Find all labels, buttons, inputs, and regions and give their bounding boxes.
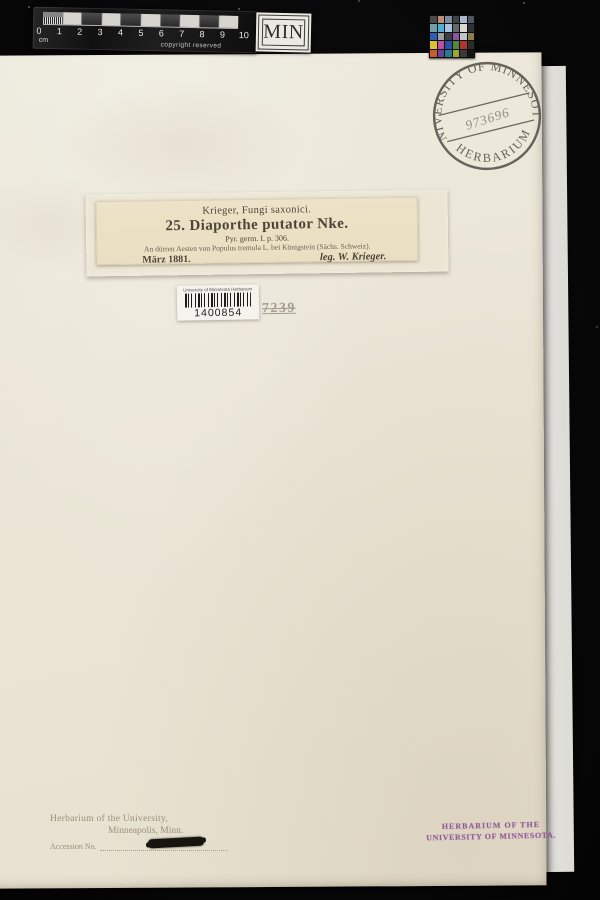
color-chip	[468, 16, 475, 23]
color-chip	[468, 33, 475, 40]
ruler-number: 3	[96, 27, 104, 37]
color-chip	[453, 50, 460, 57]
ruler-unit-label: cm	[39, 37, 48, 44]
ruler-segment	[219, 16, 238, 28]
ruler-segment	[121, 14, 140, 26]
ruler-segment	[82, 13, 101, 25]
ruler-number: 0	[35, 26, 43, 36]
ruler-number: 9	[218, 30, 226, 40]
ruler-number: 8	[198, 29, 206, 39]
barcode-number: 1400854	[177, 306, 259, 319]
color-chip	[453, 16, 460, 23]
color-chip	[468, 24, 475, 31]
ruler-number: 4	[116, 27, 124, 37]
accession-institution-line: Herbarium of the University,	[50, 814, 228, 824]
color-chip	[430, 16, 437, 23]
accession-number-obscured	[147, 837, 203, 849]
color-chip	[460, 24, 467, 31]
ruler-number: 1	[55, 26, 63, 36]
barcode-icon	[185, 292, 251, 307]
ruler-segment	[43, 12, 62, 24]
herbarium-code-label: MIN	[256, 12, 312, 52]
ruler-number: 2	[76, 27, 84, 37]
specimen-label: Krieger, Fungi saxonici. 25. Diaporthe p…	[96, 197, 419, 265]
svg-text:HERBARIUM: HERBARIUM	[451, 123, 539, 173]
label-date: März 1881.	[142, 254, 190, 266]
accession-number-row: Accession No.	[50, 842, 228, 851]
color-chip	[460, 33, 467, 40]
color-chip	[460, 41, 467, 48]
ruler-segment	[180, 15, 199, 27]
color-chip	[438, 50, 445, 57]
color-chip	[438, 41, 445, 48]
color-chip	[468, 41, 475, 48]
color-chip	[453, 33, 460, 40]
color-chip	[438, 24, 445, 31]
accession-city-line: Minneapolis, Minn.	[108, 826, 228, 836]
ruler-number: 5	[137, 28, 145, 38]
color-calibration-chart	[429, 15, 475, 58]
stamp-handwritten-number: 973696	[463, 104, 511, 132]
ruler-copyright-text: copyright reserved	[161, 41, 222, 49]
label-collector: leg. W. Krieger.	[320, 251, 387, 263]
specimen-photograph: 012345678910 cm copyright reserved MIN U…	[0, 0, 600, 900]
ruler-segment	[63, 12, 82, 24]
ruler-segment	[141, 14, 160, 26]
stamp-arc-bottom-text: HERBARIUM	[451, 123, 539, 173]
color-chip	[445, 41, 452, 48]
min-label-inner-frame: MIN	[262, 19, 306, 47]
accession-dotted-line	[100, 842, 228, 851]
scale-ruler: 012345678910 cm copyright reserved	[33, 7, 258, 54]
min-label-outer-frame: MIN	[258, 14, 310, 50]
color-chip	[460, 16, 467, 23]
color-chip	[445, 16, 452, 23]
color-chip	[430, 41, 437, 48]
ruler-number: 6	[157, 28, 165, 38]
color-chip	[445, 50, 452, 57]
color-chip	[445, 33, 452, 40]
accession-number-label: Accession No.	[50, 842, 97, 851]
ruler-segment	[102, 13, 121, 25]
ruler-segment	[200, 15, 219, 27]
color-chip	[460, 50, 467, 57]
ruler-number: 10	[239, 30, 249, 40]
herbarium-code-text: MIN	[263, 21, 304, 45]
ruler-segment	[161, 14, 180, 26]
color-chip	[438, 33, 445, 40]
color-chip	[453, 41, 460, 48]
color-chip	[445, 24, 452, 31]
color-chip	[438, 16, 445, 23]
stamped-sheet-number: 7239	[262, 301, 296, 318]
purple-ownership-stamp: HERBARIUM OF THE UNIVERSITY OF MINNESOTA…	[426, 819, 556, 844]
accession-block: Herbarium of the University, Minneapolis…	[50, 814, 228, 851]
color-chip	[430, 50, 437, 57]
color-chip	[453, 24, 460, 31]
dust-specks	[28, 6, 30, 8]
ruler-number: 7	[178, 29, 186, 39]
color-chip	[430, 24, 437, 31]
color-chip	[468, 50, 475, 57]
barcode-label: University of Minnesota Herbarium 140085…	[177, 284, 260, 320]
color-chip	[430, 33, 437, 40]
